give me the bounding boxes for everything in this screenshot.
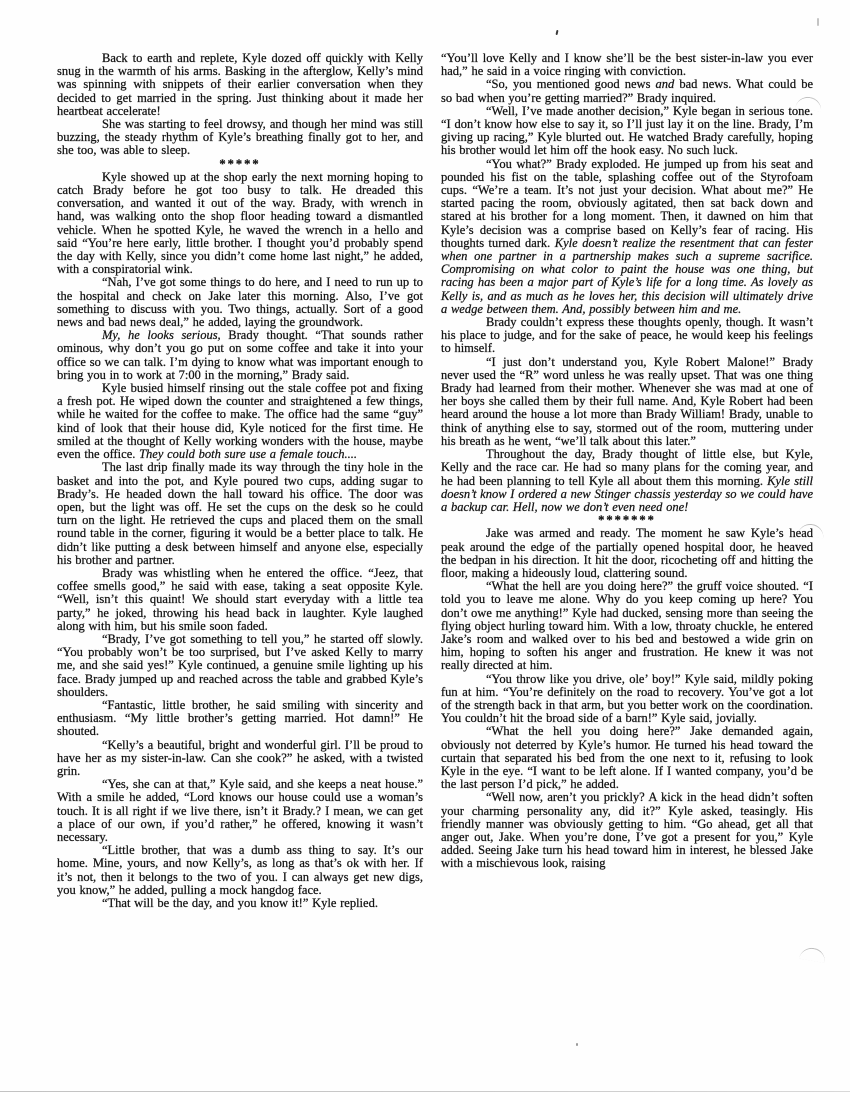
text-run: Throughout the day, Brady thought of lit… (441, 447, 813, 487)
italic-text-run: and (656, 77, 675, 91)
paragraph: “Nah, I’ve got some things to do here, a… (57, 276, 423, 329)
text-run: “You’ll love Kelly and I know she’ll be … (441, 51, 813, 78)
text-run: “That will be the day, and you know it!”… (102, 896, 378, 910)
scan-artifact-arc (799, 946, 827, 963)
text-run: “Well, I’ve made another decision,” Kyle… (441, 104, 813, 158)
paragraph: She was starting to feel drowsy, and tho… (57, 118, 423, 158)
text-column-right: “You’ll love Kelly and I know she’ll be … (441, 52, 813, 871)
italic-text-run: My, he looks serious, (102, 328, 221, 342)
text-run: “What the hell you doing here?” Jake dem… (441, 724, 813, 791)
paragraph: Kyle busied himself rinsing out the stal… (57, 382, 423, 461)
paragraph: Kyle showed up at the shop early the nex… (57, 171, 423, 277)
paragraph: “You’ll love Kelly and I know she’ll be … (441, 52, 813, 78)
paragraph: “So, you mentioned good news and bad new… (441, 78, 813, 104)
text-run: The last drip finally made its way throu… (57, 460, 423, 566)
paragraph: “Well, I’ve made another decision,” Kyle… (441, 105, 813, 158)
text-run: Brady couldn’t express these thoughts op… (441, 315, 813, 355)
text-run: “I just don’t understand you, Kyle Rober… (441, 355, 813, 448)
document-page: Back to earth and replete, Kyle dozed of… (0, 0, 850, 1100)
text-run: “Kelly’s a beautiful, bright and wonderf… (57, 738, 423, 778)
paragraph: “Well now, aren’t you prickly? A kick in… (441, 791, 813, 870)
scan-artifact-speck (556, 30, 559, 35)
text-run: “Brady, I’ve got something to tell you,”… (57, 632, 423, 699)
paragraph: Brady couldn’t express these thoughts op… (441, 316, 813, 356)
scan-artifact-speck (576, 1043, 578, 1046)
text-run: “What the hell are you doing here?” the … (441, 579, 813, 672)
italic-text-run: They could both sure use a female touch.… (139, 447, 357, 461)
paragraph: “You what?” Brady exploded. He jumped up… (441, 158, 813, 316)
text-run: “Nah, I’ve got some things to do here, a… (57, 275, 423, 329)
text-run: “So, you mentioned good news (486, 77, 656, 91)
paragraph: “Little brother, that was a dumb ass thi… (57, 844, 423, 897)
text-run: Brady was whistling when he entered the … (57, 566, 423, 633)
text-run: Jake was armed and ready. The moment he … (441, 526, 813, 580)
paragraph: “What the hell are you doing here?” the … (441, 580, 813, 672)
paragraph: Back to earth and replete, Kyle dozed of… (57, 52, 423, 118)
text-run: “Fantastic, little brother, he said smil… (57, 698, 423, 738)
paragraph: Brady was whistling when he entered the … (57, 567, 423, 633)
paragraph: Jake was armed and ready. The moment he … (441, 527, 813, 580)
text-run: “Yes, she can at that,” Kyle said, and s… (57, 777, 423, 844)
paragraph: “I just don’t understand you, Kyle Rober… (441, 356, 813, 448)
paragraph: “Fantastic, little brother, he said smil… (57, 699, 423, 739)
text-run: Kyle showed up at the shop early the nex… (57, 170, 423, 276)
paragraph: My, he looks serious, Brady thought. “Th… (57, 329, 423, 382)
paragraph: “Brady, I’ve got something to tell you,”… (57, 633, 423, 699)
paragraph: “That will be the day, and you know it!”… (57, 897, 423, 910)
paragraph: Throughout the day, Brady thought of lit… (441, 448, 813, 514)
text-run: “You throw like you drive, ole’ boy!” Ky… (441, 672, 813, 726)
paragraph: “You throw like you drive, ole’ boy!” Ky… (441, 673, 813, 726)
paragraph: “Yes, she can at that,” Kyle said, and s… (57, 778, 423, 844)
text-run: Back to earth and replete, Kyle dozed of… (57, 51, 423, 118)
text-run: “Well now, aren’t you prickly? A kick in… (441, 790, 813, 870)
paragraph: “Kelly’s a beautiful, bright and wonderf… (57, 739, 423, 779)
text-run: “Little brother, that was a dumb ass thi… (57, 843, 423, 897)
paragraph: The last drip finally made its way throu… (57, 461, 423, 567)
text-column-left: Back to earth and replete, Kyle dozed of… (57, 52, 423, 910)
scan-artifact-speck (817, 18, 819, 26)
text-run: She was starting to feel drowsy, and tho… (57, 117, 423, 157)
paragraph: “What the hell you doing here?” Jake dem… (441, 725, 813, 791)
scan-artifact-bottom-line (0, 1091, 850, 1092)
